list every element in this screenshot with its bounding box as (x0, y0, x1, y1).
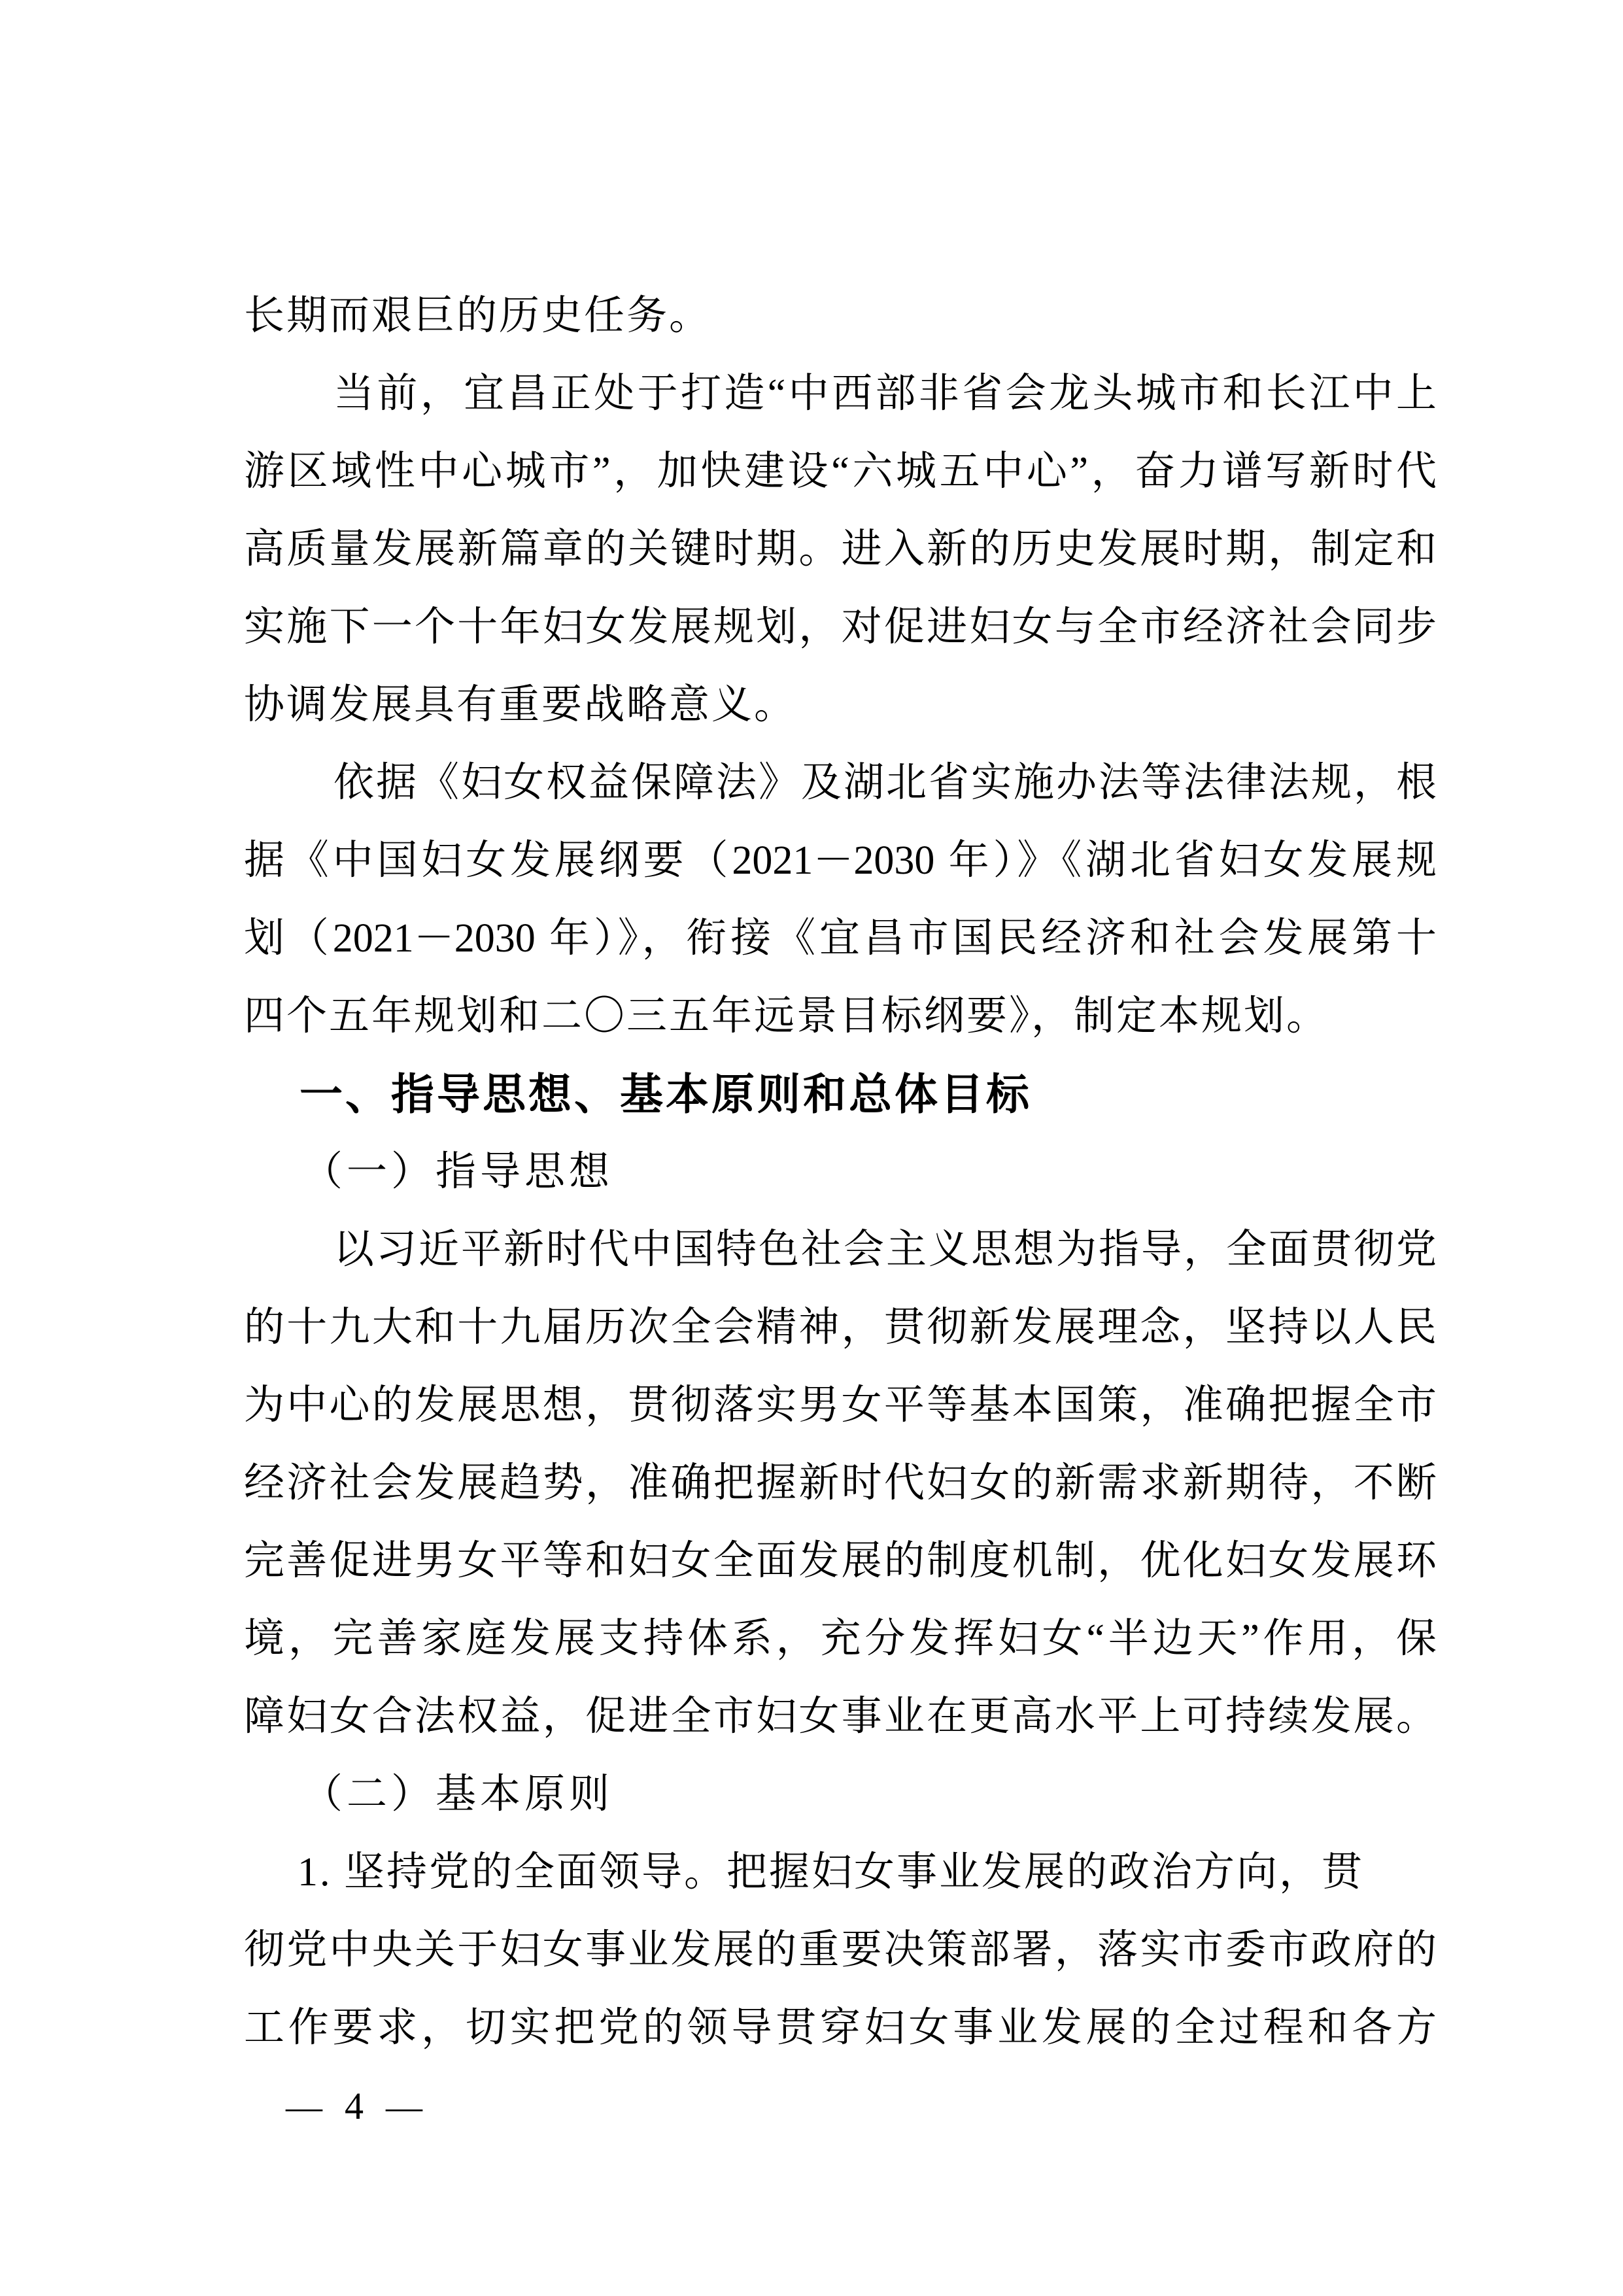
footer-dash-left: — (286, 2068, 322, 2146)
text-line-1: 长期而艰巨的历史任务。 (244, 277, 1437, 355)
text-line-4: 高质量发展新篇章的关键时期。进入新的历史发展时期，制定和 (244, 511, 1437, 589)
text-line-9: 划（2021－2030 年）》，衔接《宜昌市国民经济和社会发展第十 (244, 900, 1437, 978)
text-column: 长期而艰巨的历史任务。当前，宜昌正处于打造“中西部非省会龙头城市和长江中上游区域… (244, 277, 1437, 2067)
text-line-3: 游区域性中心城市”，加快建设“六城五中心”，奋力谱写新时代 (244, 433, 1437, 511)
document-page: 长期而艰巨的历史任务。当前，宜昌正处于打造“中西部非省会龙头城市和长江中上游区域… (0, 0, 1623, 2296)
text-line-21: 1. 坚持党的全面领导。把握妇女事业发展的政治方向，贯 (244, 1834, 1437, 1911)
text-line-6: 协调发展具有重要战略意义。 (244, 666, 1437, 744)
text-line-17: 完善促进男女平等和妇女全面发展的制度机制，优化妇女发展环 (244, 1522, 1437, 1600)
text-line-10: 四个五年规划和二〇三五年远景目标纲要》，制定本规划。 (244, 978, 1437, 1055)
text-line-13: 以习近平新时代中国特色社会主义思想为指导，全面贯彻党 (244, 1211, 1437, 1289)
text-line-5: 实施下一个十年妇女发展规划，对促进妇女与全市经济社会同步 (244, 589, 1437, 666)
text-line-12: （一）指导思想 (244, 1133, 1437, 1211)
page-footer: —4— (286, 2067, 422, 2145)
text-line-18: 境，完善家庭发展支持体系，充分发挥妇女“半边天”作用，保 (244, 1600, 1437, 1678)
text-line-16: 经济社会发展趋势，准确把握新时代妇女的新需求新期待，不断 (244, 1445, 1437, 1522)
text-line-15: 为中心的发展思想，贯彻落实男女平等基本国策，准确把握全市 (244, 1367, 1437, 1445)
text-line-23: 工作要求，切实把党的领导贯穿妇女事业发展的全过程和各方 (244, 1989, 1437, 2067)
text-line-14: 的十九大和十九届历次全会精神，贯彻新发展理念，坚持以人民 (244, 1289, 1437, 1367)
text-line-8: 据《中国妇女发展纲要（2021－2030 年）》《湖北省妇女发展规 (244, 822, 1437, 900)
text-line-2: 当前，宜昌正处于打造“中西部非省会龙头城市和长江中上 (244, 355, 1437, 433)
text-line-11: 一、指导思想、基本原则和总体目标 (244, 1055, 1437, 1133)
page-number: 4 (345, 2067, 364, 2145)
text-line-19: 障妇女合法权益，促进全市妇女事业在更高水平上可持续发展。 (244, 1678, 1437, 1756)
text-line-7: 依据《妇女权益保障法》及湖北省实施办法等法律法规，根 (244, 744, 1437, 822)
footer-dash-right: — (386, 2068, 422, 2146)
text-line-22: 彻党中央关于妇女事业发展的重要决策部署，落实市委市政府的 (244, 1911, 1437, 1989)
text-line-20: （二）基本原则 (244, 1756, 1437, 1834)
